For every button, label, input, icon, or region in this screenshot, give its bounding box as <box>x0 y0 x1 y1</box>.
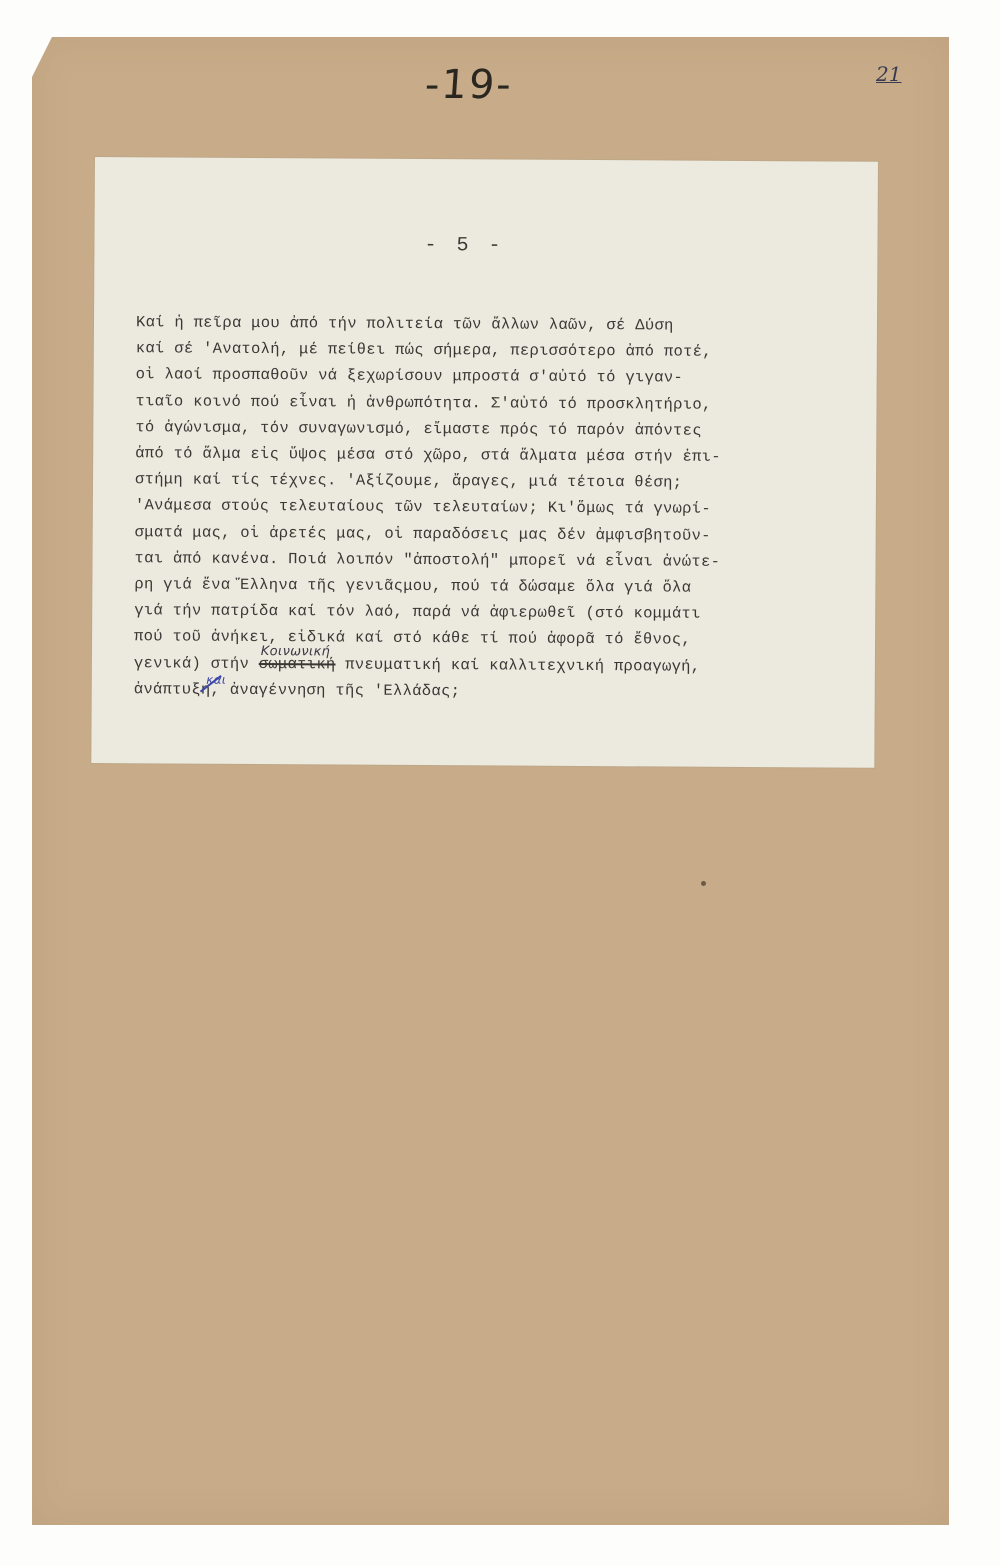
handwritten-page-number: -19- <box>423 62 514 108</box>
archive-folio-number: 21 <box>876 62 901 86</box>
text-line: οἱ λαοί προσπαθοῦν νά ξεχωρίσουν μπροστά… <box>136 362 876 393</box>
line-segment: ἀναγέννηση τῆς 'Ελλάδας; <box>220 681 460 700</box>
handwritten-insertion: Κοινωνική <box>261 639 330 666</box>
text-line: πού τοῦ ἀνήκει, εἰδικά καί στό κάθε τί π… <box>134 624 874 655</box>
ink-speck <box>701 881 706 886</box>
blue-handwritten-word: και <box>206 667 226 693</box>
text-line-with-blue-insert: ἀνάπτυξη,και ἀναγέννηση τῆς 'Ελλάδας; <box>134 676 874 707</box>
typed-text-body: Καί ἡ πεῖρα μου ἀπό τήν πολιτεία τῶν ἄλλ… <box>134 309 876 707</box>
line-segment: γενικά) στήν <box>134 654 259 673</box>
struck-word: σωματικήΚοινωνική <box>259 655 336 673</box>
text-line: 'Ανάμεσα στούς τελευταίους τῶν τελευταίω… <box>135 493 875 524</box>
typed-page-number: - 5 - <box>424 234 504 257</box>
pasted-typewritten-page: - 5 - Καί ἡ πεῖρα μου ἀπό τήν πολιτεία τ… <box>91 157 878 768</box>
scanned-page: -19- 21 - 5 - Καί ἡ πεῖρα μου ἀπό τήν πο… <box>0 0 1000 1566</box>
line-segment: πνευματική καί καλλιτεχνική προαγωγή, <box>335 655 700 675</box>
